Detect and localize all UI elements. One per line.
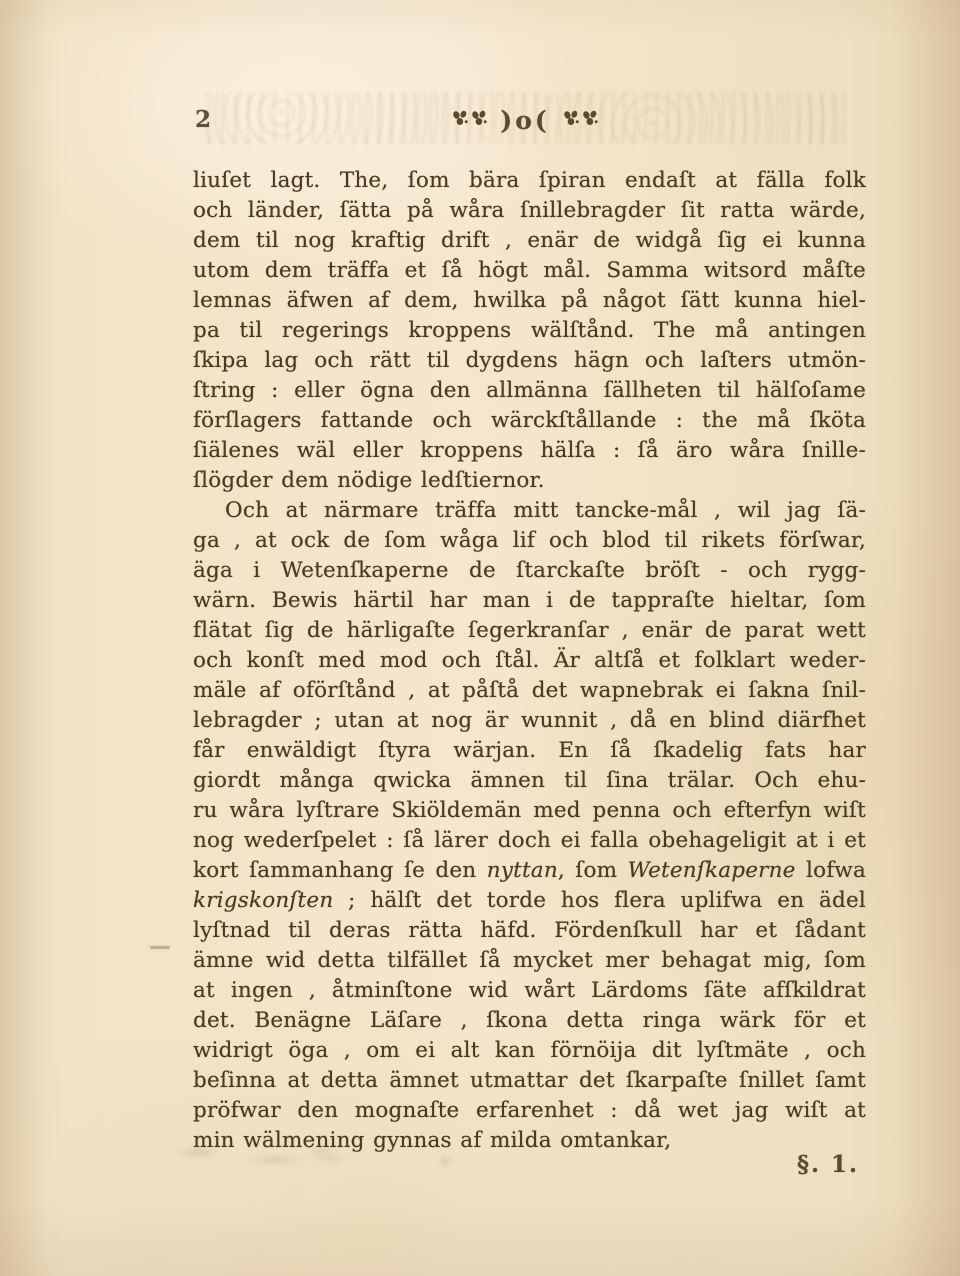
italic-text: nyttan <box>487 858 558 883</box>
text-line: får enwäldigt ſtyra wärjan. En ſå ſkadel… <box>193 736 866 766</box>
text-segment: giordt många qwicka ämnen til ſina träla… <box>193 768 866 793</box>
section-mark: §. 1. <box>193 1151 859 1178</box>
text-line: förſlagers fattande och wärckſtållande :… <box>193 406 866 436</box>
text-segment: och konſt med mod och ſtål. Är altſå et … <box>193 648 866 673</box>
text-line: liuſet lagt. The, ſom bära ſpiran endaſt… <box>193 166 866 196</box>
text-segment: lyſtnad til deras rätta häfd. Fördenſkul… <box>193 918 866 943</box>
book-page-scan: 2 )o( liuſet lagt. The, ſom bära <box>0 0 960 1276</box>
italic-text: Wetenſkaperne <box>628 858 796 883</box>
text-segment: flätat ſig de härligaſte ſegerkranſar , … <box>193 618 866 643</box>
page-header: 2 )o( <box>193 102 866 138</box>
text-line: widrigt öga , om ei alt kan förnöija dit… <box>193 1036 866 1066</box>
text-segment: mäle af oförſtånd , at påſtå det wapnebr… <box>193 678 866 703</box>
floral-ornament-icon <box>451 110 468 131</box>
text-line: pa til regerings kroppens wälſtånd. The … <box>193 316 866 346</box>
text-line: beſinna at detta ämnet utmattar det ſkar… <box>193 1066 866 1096</box>
text-line: och länder, ſätta på wåra ſnillebragder … <box>193 196 866 226</box>
text-segment: ſkipa lag och rätt til dygdens hägn och … <box>193 348 866 373</box>
text-line: ſkipa lag och rätt til dygdens hägn och … <box>193 346 866 376</box>
text-segment: min wälmening gynnas af milda omtankar, <box>193 1128 671 1153</box>
text-line: mäle af oförſtånd , at påſtå det wapnebr… <box>193 676 866 706</box>
text-line: ſtring : eller ögna den allmänna ſällhet… <box>193 376 866 406</box>
text-line: krigskonſten ; hälſt det torde hos flera… <box>193 886 866 916</box>
text-line: Och at närmare träffa mitt tancke-mål , … <box>193 496 866 526</box>
page-number: 2 <box>195 106 211 133</box>
text-line: wärn. Bewis härtil har man i de tappraſt… <box>193 586 866 616</box>
text-segment: lebragder ; utan at nog är wunnit , då e… <box>193 708 866 733</box>
text-line: äga i Wetenſkaperne de ſtarckaſte bröſt … <box>193 556 866 586</box>
text-segment: lemnas äfwen af dem, hwilka på något ſät… <box>193 288 866 313</box>
text-segment: utom dem träffa et ſå högt mål. Samma wi… <box>193 258 866 283</box>
text-segment: och länder, ſätta på wåra ſnillebragder … <box>193 198 866 223</box>
text-line: ſlögder dem nödige ledſtiernor. <box>193 466 866 496</box>
text-segment: at ingen , åtminſtone wid wårt Lärdoms ſ… <box>193 978 866 1003</box>
text-segment: får enwäldigt ſtyra wärjan. En ſå ſkadel… <box>193 738 866 763</box>
text-line: giordt många qwicka ämnen til ſina träla… <box>193 766 866 796</box>
header-ornament: )o( <box>451 102 598 138</box>
floral-ornament-icon <box>582 110 599 131</box>
text-segment: äga i Wetenſkaperne de ſtarckaſte bröſt … <box>193 558 866 583</box>
text-line: ſiälenes wäl eller kroppens hälſa : ſå ä… <box>193 436 866 466</box>
floral-ornament-icon <box>470 110 487 131</box>
text-line: at ingen , åtminſtone wid wårt Lärdoms ſ… <box>193 976 866 1006</box>
text-segment: ga , at ock de ſom wåga lif och blod til… <box>193 528 866 553</box>
text-segment: , ſom <box>558 858 628 883</box>
text-line: dem til nog kraftig drift , enär de widg… <box>193 226 866 256</box>
text-line: lemnas äfwen af dem, hwilka på något ſät… <box>193 286 866 316</box>
text-line: lebragder ; utan at nog är wunnit , då e… <box>193 706 866 736</box>
text-line: och konſt med mod och ſtål. Är altſå et … <box>193 646 866 676</box>
text-segment: pröfwar den mognaſte erfarenhet : då wet… <box>193 1098 866 1123</box>
text-segment: dem til nog kraftig drift , enär de widg… <box>193 228 866 253</box>
text-line: ru wåra lyſtrare Skiöldemän med penna oc… <box>193 796 866 826</box>
text-segment: beſinna at detta ämnet utmattar det ſkar… <box>193 1068 866 1093</box>
text-segment: ämne wid detta tilfället ſå mycket mer b… <box>193 948 866 973</box>
text-line: utom dem träffa et ſå högt mål. Samma wi… <box>193 256 866 286</box>
text-line: ga , at ock de ſom wåga lif och blod til… <box>193 526 866 556</box>
body-text: liuſet lagt. The, ſom bära ſpiran endaſt… <box>193 166 866 1156</box>
italic-text: krigskonſten <box>193 888 333 913</box>
text-segment: nog wederſpelet : ſå lärer doch ei falla… <box>193 828 866 853</box>
text-segment: Och at närmare träffa mitt tancke-mål , … <box>225 498 866 523</box>
text-segment: ſiälenes wäl eller kroppens hälſa : ſå ä… <box>193 438 866 463</box>
text-line: det. Benägne Läſare , ſkona detta ringa … <box>193 1006 866 1036</box>
ornament-center-text: )o( <box>494 106 555 135</box>
text-line: ämne wid detta tilfället ſå mycket mer b… <box>193 946 866 976</box>
text-line: kort ſammanhang ſe den nyttan, ſom Weten… <box>193 856 866 886</box>
text-segment: pa til regerings kroppens wälſtånd. The … <box>193 318 866 343</box>
text-segment: widrigt öga , om ei alt kan förnöija dit… <box>193 1038 866 1063</box>
text-segment: kort ſammanhang ſe den <box>193 858 487 883</box>
text-segment: liuſet lagt. The, ſom bära ſpiran endaſt… <box>193 168 866 193</box>
text-segment: förſlagers fattande och wärckſtållande :… <box>193 408 866 433</box>
text-segment: wärn. Bewis härtil har man i de tappraſt… <box>193 588 866 613</box>
text-segment: ſtring : eller ögna den allmänna ſällhet… <box>193 378 866 403</box>
text-line: nog wederſpelet : ſå lärer doch ei falla… <box>193 826 866 856</box>
text-segment: lofwa <box>796 858 866 883</box>
text-segment: det. Benägne Läſare , ſkona detta ringa … <box>193 1008 866 1033</box>
text-segment: ru wåra lyſtrare Skiöldemän med penna oc… <box>193 798 866 823</box>
text-segment: ; hälſt det torde hos flera uplifwa en ä… <box>333 888 866 913</box>
text-segment: ſlögder dem nödige ledſtiernor. <box>193 468 545 493</box>
text-line: pröfwar den mognaſte erfarenhet : då wet… <box>193 1096 866 1126</box>
floral-ornament-icon <box>563 110 580 131</box>
margin-dash-artifact <box>150 946 170 949</box>
text-line: lyſtnad til deras rätta häfd. Fördenſkul… <box>193 916 866 946</box>
text-line: flätat ſig de härligaſte ſegerkranſar , … <box>193 616 866 646</box>
